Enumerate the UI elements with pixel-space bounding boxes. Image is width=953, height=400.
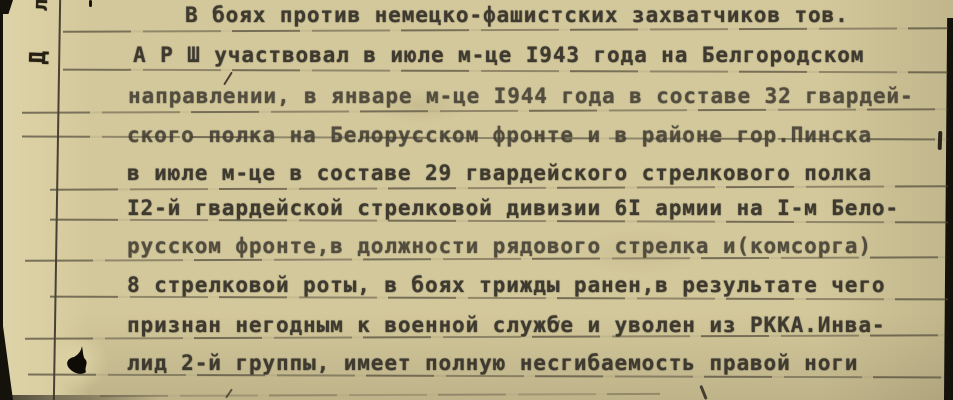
cutoff-stroke-mark [225,388,233,398]
vertical-margin-rule [53,0,61,400]
ruled-line [50,185,948,190]
scan-corner-top-left [0,0,13,14]
margin-dash-mark [938,131,943,150]
ruled-line-partial [100,393,660,397]
pen-mark [89,0,92,7]
scan-edge-right [944,18,953,400]
text-line-1: В боях против немецко-фашистских захватч… [185,3,849,27]
ruled-line [63,27,948,32]
text-line-10: лид 2-й группы, имеет полную несгибаемос… [127,351,858,375]
text-line-4: ского полка на Белорусском фронте и в ра… [127,123,872,147]
scan-corner-bottom-left [0,325,13,400]
text-line-2: А Р Ш участвовал в июле м-це I943 года н… [133,43,864,67]
ruled-line [63,69,948,74]
text-line-9: признан негодным к военной службе и увол… [127,313,885,337]
ruled-line [22,108,948,114]
cutoff-stroke-mark [699,385,707,400]
text-line-6: I2-й гвардейской стрелковой дивизии 6I а… [127,196,899,220]
scanned-document-page: л Д В боях против немецко-фашистских зах… [0,0,953,400]
text-line-7: русском фронте,в должности рядового стре… [127,234,872,258]
margin-letter-l: л [28,0,52,11]
ink-blot [63,345,95,379]
margin-letter-d: Д [26,50,51,64]
text-line-5: в июле м-це в составе 29 гвардейского ст… [127,161,872,185]
text-line-8: 8 стрелковой роты, в боях трижды ранен,в… [127,273,885,297]
text-line-3: направлении, в январе м-це I944 года в с… [128,84,914,108]
